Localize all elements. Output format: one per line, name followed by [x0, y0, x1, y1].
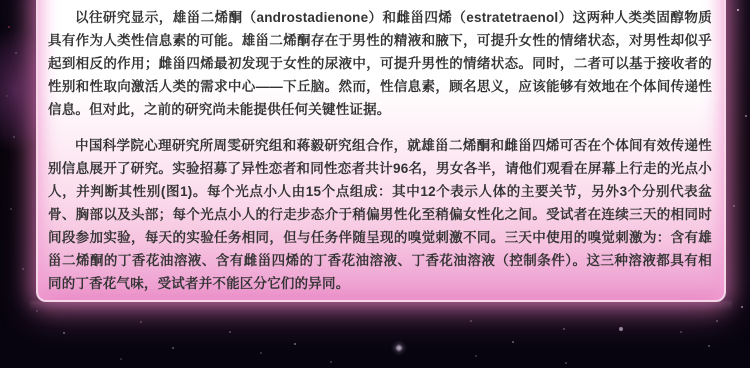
- article-paragraph-2: 中国科学院心理研究所周雯研究组和蒋毅研究组合作，就雄甾二烯酮和雌甾四烯可否在个体…: [48, 134, 712, 295]
- bright-diamond-star: [395, 344, 403, 352]
- star-field: [0, 0, 2, 2]
- article-paragraph-1: 以往研究显示，雄甾二烯酮（androstadienone）和雌甾四烯（estra…: [48, 6, 712, 121]
- panel-shadow: [30, 301, 732, 311]
- starry-background: 以往研究显示，雄甾二烯酮（androstadienone）和雌甾四烯（estra…: [0, 0, 750, 368]
- article-panel: 以往研究显示，雄甾二烯酮（androstadienone）和雌甾四烯（estra…: [36, 0, 726, 302]
